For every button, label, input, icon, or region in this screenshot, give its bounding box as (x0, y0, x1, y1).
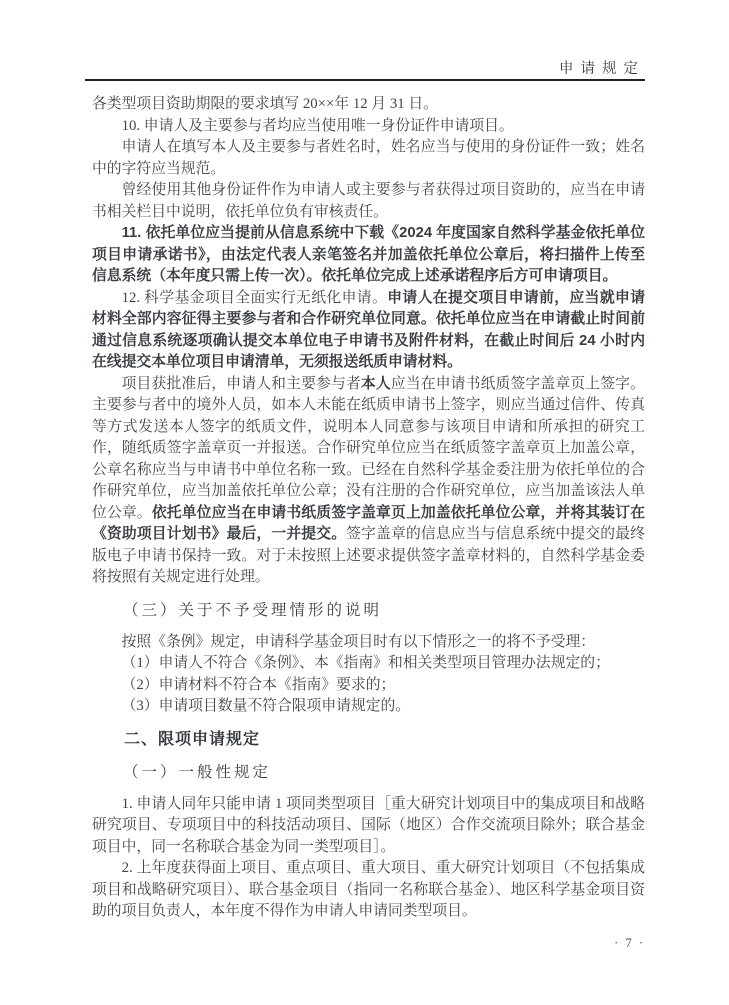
section-heading-general-rules: （一）一般性规定 (92, 762, 645, 784)
paragraph-rejection-intro: 按照《条例》规定，申请科学基金项目时有以下情形之一的将不予受理： (92, 632, 645, 654)
heading-text: （一）一般性规定 (123, 764, 271, 781)
page-number: · 7 · (614, 936, 645, 951)
text-run: 2. 上年度获得面上项目、重点项目、重大项目、重大研究计划项目（不包括集成项目和… (92, 860, 645, 919)
paragraph-limit-rule-1: 1. 申请人同年只能申请 1 项同类型项目［重大研究计划项目中的集成项目和战略研… (92, 794, 645, 859)
list-item-1: （1）申请人不符合《条例》、本《指南》和相关类型项目管理办法规定的； (92, 653, 645, 675)
heading-text: 二、限项申请规定 (124, 731, 260, 748)
list-item-3: （3）申请项目数量不符合限项申请规定的。 (92, 696, 645, 718)
text-run: 各类型项目资助期限的要求填写 20××年 12 月 31 日。 (92, 96, 438, 112)
text-run: 应当在申请书纸质签字盖章页上签字。主要参与者中的境外人员，如本人未能在纸质申请书… (92, 376, 645, 521)
text-run: （1）申请人不符合《条例》、本《指南》和相关类型项目管理办法规定的； (122, 655, 610, 671)
text-run: 按照《条例》规定，申请科学基金项目时有以下情形之一的将不予受理： (122, 634, 596, 650)
paragraph-prior-id-use: 曾经使用其他身份证件作为申请人或主要参与者获得过项目资助的，应当在申请书相关栏目… (92, 180, 645, 223)
section-heading-limit-rules: 二、限项申请规定 (92, 728, 645, 751)
text-run: 项目获批准后，申请人和主要参与者 (122, 376, 361, 392)
text-run-bold: 本人 (361, 376, 391, 392)
document-page: 申请规定 各类型项目资助期限的要求填写 20××年 12 月 31 日。 10.… (0, 0, 729, 1005)
text-run: 曾经使用其他身份证件作为申请人或主要参与者获得过项目资助的，应当在申请书相关栏目… (92, 182, 645, 220)
text-run: （3）申请项目数量不符合限项申请规定的。 (122, 698, 411, 714)
paragraph-item-12: 12. 科学基金项目全面实行无纸化申请。申请人在提交项目申请前，应当就申请材料全… (92, 288, 645, 374)
paragraph-item-11: 11. 依托单位应当提前从信息系统中下载《2024 年度国家自然科学基金依托单位… (92, 223, 645, 288)
paragraph-continuation: 各类型项目资助期限的要求填写 20××年 12 月 31 日。 (92, 94, 645, 116)
paragraph-item-10: 10. 申请人及主要参与者均应当使用唯一身份证件申请项目。 (92, 116, 645, 138)
text-run: 1. 申请人同年只能申请 1 项同类型项目［重大研究计划项目中的集成项目和战略研… (92, 796, 645, 855)
text-run: 申请人在填写本人及主要参与者姓名时，姓名应当与使用的身份证件一致；姓名中的字符应… (92, 139, 645, 177)
document-content: 各类型项目资助期限的要求填写 20××年 12 月 31 日。 10. 申请人及… (92, 94, 645, 923)
text-run: 10. 申请人及主要参与者均应当使用唯一身份证件申请项目。 (122, 118, 514, 134)
heading-text: （三）关于不予受理情形的说明 (123, 602, 382, 619)
text-run: （2）申请材料不符合本《指南》要求的； (122, 677, 396, 693)
text-run: 12. 科学基金项目全面实行无纸化申请。 (122, 290, 388, 306)
text-run-bold: 11. 依托单位应当提前从信息系统中下载《2024 年度国家自然科学基金依托单位… (92, 225, 645, 284)
paragraph-name-rule: 申请人在填写本人及主要参与者姓名时，姓名应当与使用的身份证件一致；姓名中的字符应… (92, 137, 645, 180)
list-item-2: （2）申请材料不符合本《指南》要求的； (92, 675, 645, 697)
section-heading-rejection-cases: （三）关于不予受理情形的说明 (92, 600, 645, 622)
header-rule (85, 79, 645, 81)
paragraph-approval-signature: 项目获批准后，申请人和主要参与者本人应当在申请书纸质签字盖章页上签字。主要参与者… (92, 374, 645, 589)
paragraph-limit-rule-2: 2. 上年度获得面上项目、重点项目、重大项目、重大研究计划项目（不包括集成项目和… (92, 858, 645, 923)
running-header-title: 申请规定 (559, 57, 645, 78)
